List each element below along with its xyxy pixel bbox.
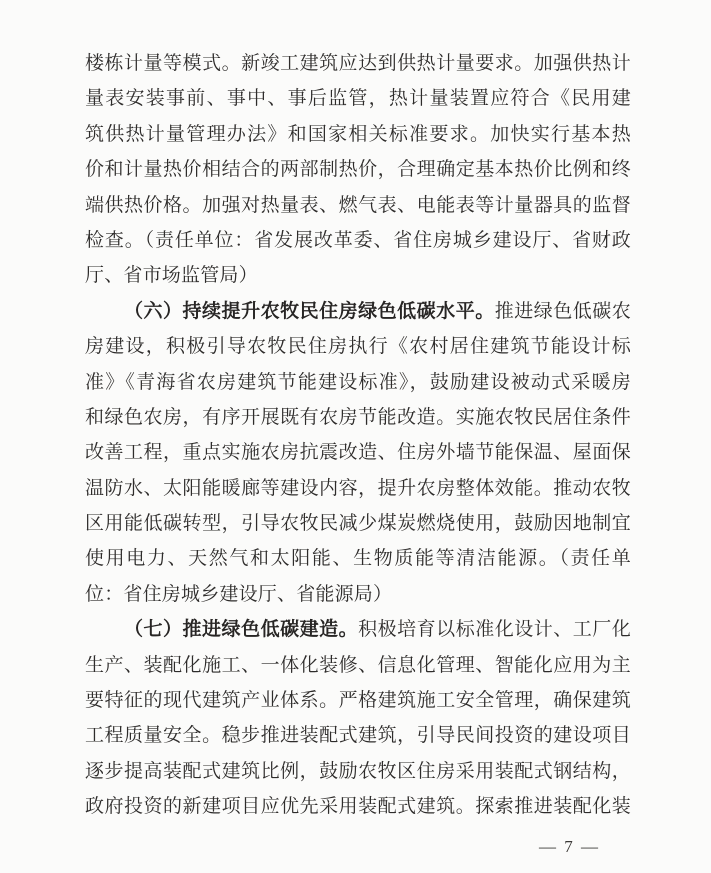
text-line: 温防水、太阳能暖廊等建设内容，提升农房整体效能。推动农牧 xyxy=(85,471,631,506)
text-line: 改善工程，重点实施农房抗震改造、住房外墙节能保温、屋面保 xyxy=(85,435,631,470)
text-line: 检查。（责任单位：省发展改革委、省住房城乡建设厅、省财政 xyxy=(85,223,631,258)
text-line: 使用电力、天然气和太阳能、生物质能等清洁能源。（责任单 xyxy=(85,541,631,576)
text-line: 生产、装配化施工、一体化装修、信息化管理、智能化应用为主 xyxy=(85,648,631,683)
text-line: 政府投资的新建项目应优先采用装配式建筑。探索推进装配化装 xyxy=(85,789,631,824)
text-line: 楼栋计量等模式。新竣工建筑应达到供热计量要求。加强供热计 xyxy=(85,46,631,81)
text-line: 端供热价格。加强对热量表、燃气表、电能表等计量器具的监督 xyxy=(85,188,631,223)
text-line: 逐步提高装配式建筑比例，鼓励农牧区住房采用装配式钢结构， xyxy=(85,754,631,789)
text-line: 和绿色农房，有序开展既有农房节能改造。实施农牧民居住条件 xyxy=(85,400,631,435)
text-line: 量表安装事前、事中、事后监管，热计量装置应符合《民用建 xyxy=(85,81,631,116)
text-line: 工程质量安全。稳步推进装配式建筑，引导民间投资的建设项目 xyxy=(85,718,631,753)
text-run: 积极培育以标准化设计、工厂化 xyxy=(358,619,631,640)
text-line: 区用能低碳转型，引导农牧民减少煤炭燃烧使用，鼓励因地制宜 xyxy=(85,506,631,541)
text-line-paragraph-start: （七）推进绿色低碳建造。积极培育以标准化设计、工厂化 xyxy=(85,612,631,647)
section-heading-7: （七）推进绿色低碳建造。 xyxy=(124,619,358,640)
text-line-paragraph-start: （六）持续提升农牧民住房绿色低碳水平。推进绿色低碳农 xyxy=(85,294,631,329)
text-line: 位：省住房城乡建设厅、省能源局） xyxy=(85,577,631,612)
document-page: 楼栋计量等模式。新竣工建筑应达到供热计量要求。加强供热计 量表安装事前、事中、事… xyxy=(0,0,711,873)
text-line: 筑供热计量管理办法》和国家相关标准要求。加快实行基本热 xyxy=(85,117,631,152)
text-run: 推进绿色低碳农 xyxy=(495,301,631,322)
text-line: 价和计量热价相结合的两部制热价，合理确定基本热价比例和终 xyxy=(85,152,631,187)
page-number: — 7 — xyxy=(0,836,711,858)
text-line: 准》《青海省农房建筑节能建设标准》，鼓励建设被动式采暖房 xyxy=(85,365,631,400)
body-text: 楼栋计量等模式。新竣工建筑应达到供热计量要求。加强供热计 量表安装事前、事中、事… xyxy=(85,46,631,825)
section-heading-6: （六）持续提升农牧民住房绿色低碳水平。 xyxy=(124,301,495,322)
text-line: 厅、省市场监管局） xyxy=(85,258,631,293)
text-line: 房建设，积极引导农牧民住房执行《农村居住建筑节能设计标 xyxy=(85,329,631,364)
text-line: 要特征的现代建筑产业体系。严格建筑施工安全管理，确保建筑 xyxy=(85,683,631,718)
